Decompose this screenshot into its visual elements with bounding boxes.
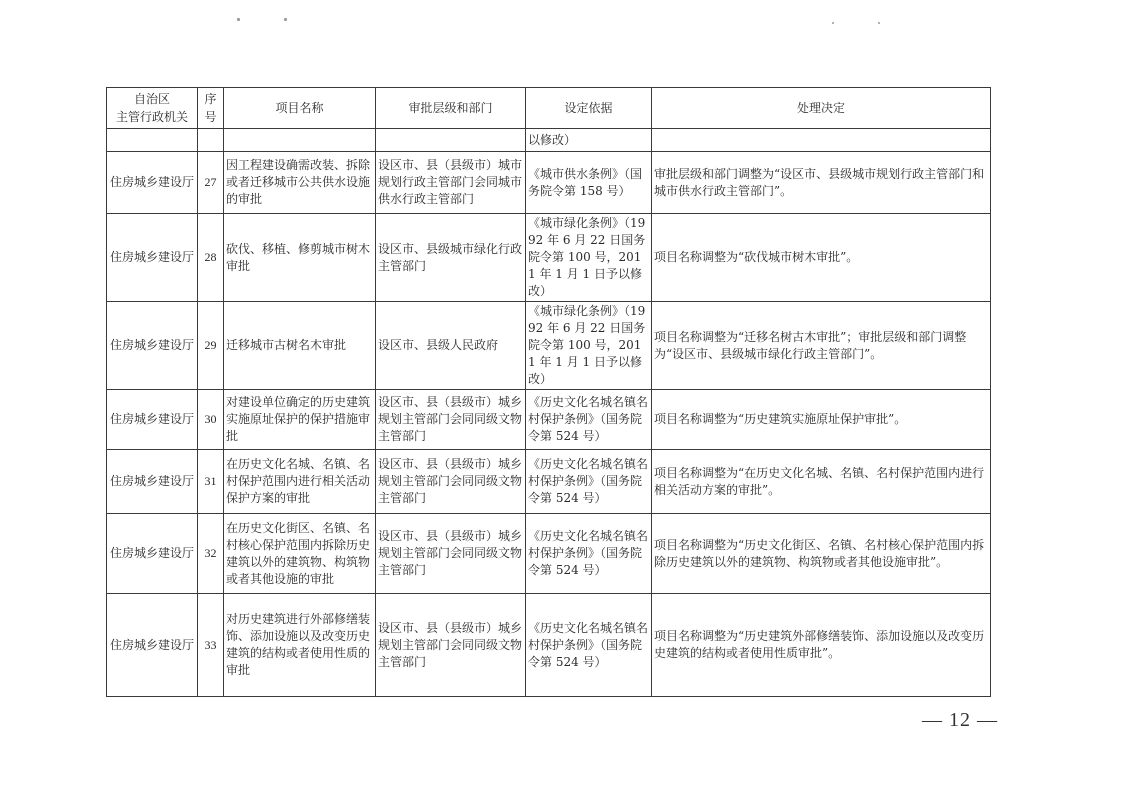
cell-basis: 《城市供水条例》（国务院令第 158 号） xyxy=(526,152,652,214)
cell-dept: 设区市、县（县级市）城乡规划主管部门会同同级文物主管部门 xyxy=(376,594,526,697)
cell-org xyxy=(107,129,198,152)
cell-no: 28 xyxy=(198,214,224,302)
header-no: 序号 xyxy=(198,88,224,129)
cell-dept: 设区市、县级城市绿化行政主管部门 xyxy=(376,214,526,302)
cell-dept: 设区市、县（县级市）城乡规划主管部门会同同级文物主管部门 xyxy=(376,514,526,594)
header-basis: 设定依据 xyxy=(526,88,652,129)
table-row: 住房城乡建设厅 33 对历史建筑进行外部修缮装饰、添加设施以及改变历史建筑的结构… xyxy=(107,594,991,697)
cell-no: 31 xyxy=(198,450,224,514)
scan-speck xyxy=(284,18,287,21)
table-row: 住房城乡建设厅 28 砍伐、移植、修剪城市树木审批 设区市、县级城市绿化行政主管… xyxy=(107,214,991,302)
cell-basis: 《历史文化名城名镇名村保护条例》（国务院令第 524 号） xyxy=(526,514,652,594)
scan-speck xyxy=(237,18,240,21)
cell-basis: 《历史文化名城名镇名村保护条例》（国务院令第 524 号） xyxy=(526,594,652,697)
cell-org: 住房城乡建设厅 xyxy=(107,152,198,214)
table-row: 住房城乡建设厅 29 迁移城市古树名木审批 设区市、县级人民政府 《城市绿化条例… xyxy=(107,302,991,390)
cell-no: 29 xyxy=(198,302,224,390)
header-decision: 处理决定 xyxy=(652,88,991,129)
cell-org: 住房城乡建设厅 xyxy=(107,302,198,390)
cell-basis: 《历史文化名城名镇名村保护条例》（国务院令第 524 号） xyxy=(526,390,652,450)
cell-no: 27 xyxy=(198,152,224,214)
page-number: — 12 — xyxy=(922,709,998,732)
cell-dept: 设区市、县（县级市）城乡规划主管部门会同同级文物主管部门 xyxy=(376,450,526,514)
cell-decision: 项目名称调整为“历史建筑实施原址保护审批”。 xyxy=(652,390,991,450)
cell-name: 砍伐、移植、修剪城市树木审批 xyxy=(224,214,376,302)
header-org: 自治区主管行政机关 xyxy=(107,88,198,129)
cell-no: 32 xyxy=(198,514,224,594)
cell-name: 对历史建筑进行外部修缮装饰、添加设施以及改变历史建筑的结构或者使用性质的审批 xyxy=(224,594,376,697)
header-no-line2: 号 xyxy=(204,110,216,124)
cell-no: 33 xyxy=(198,594,224,697)
header-org-line2: 主管行政机关 xyxy=(116,110,188,124)
cell-name: 迁移城市古树名木审批 xyxy=(224,302,376,390)
cell-name: 对建设单位确定的历史建筑实施原址保护的保护措施审批 xyxy=(224,390,376,450)
approval-items-table: 自治区主管行政机关 序号 项目名称 审批层级和部门 设定依据 处理决定 以修改）… xyxy=(106,87,991,697)
cell-decision: 项目名称调整为“历史建筑外部修缮装饰、添加设施以及改变历史建筑的结构或者使用性质… xyxy=(652,594,991,697)
header-name: 项目名称 xyxy=(224,88,376,129)
header-dept: 审批层级和部门 xyxy=(376,88,526,129)
scan-speck xyxy=(878,22,880,24)
cell-org: 住房城乡建设厅 xyxy=(107,214,198,302)
table-row: 住房城乡建设厅 27 因工程建设确需改装、拆除或者迁移城市公共供水设施的审批 设… xyxy=(107,152,991,214)
table-header-row: 自治区主管行政机关 序号 项目名称 审批层级和部门 设定依据 处理决定 xyxy=(107,88,991,129)
scan-speck xyxy=(832,22,834,24)
cell-name: 在历史文化名城、名镇、名村保护范围内进行相关活动保护方案的审批 xyxy=(224,450,376,514)
cell-dept: 设区市、县级人民政府 xyxy=(376,302,526,390)
cell-basis: 《城市绿化条例》（1992 年 6 月 22 日国务院令第 100 号，2011… xyxy=(526,214,652,302)
cell-org: 住房城乡建设厅 xyxy=(107,594,198,697)
cell-no xyxy=(198,129,224,152)
cell-org: 住房城乡建设厅 xyxy=(107,450,198,514)
table-row: 住房城乡建设厅 32 在历史文化街区、名镇、名村核心保护范围内拆除历史建筑以外的… xyxy=(107,514,991,594)
table-row: 住房城乡建设厅 30 对建设单位确定的历史建筑实施原址保护的保护措施审批 设区市… xyxy=(107,390,991,450)
continuation-row: 以修改） xyxy=(107,129,991,152)
cell-no: 30 xyxy=(198,390,224,450)
cell-dept xyxy=(376,129,526,152)
cell-basis: 以修改） xyxy=(526,129,652,152)
cell-dept: 设区市、县（县级市）城乡规划主管部门会同同级文物主管部门 xyxy=(376,390,526,450)
cell-decision: 项目名称调整为“历史文化街区、名镇、名村核心保护范围内拆除历史建筑以外的建筑物、… xyxy=(652,514,991,594)
cell-name: 在历史文化街区、名镇、名村核心保护范围内拆除历史建筑以外的建筑物、构筑物或者其他… xyxy=(224,514,376,594)
header-no-line1: 序 xyxy=(204,92,216,106)
table-row: 住房城乡建设厅 31 在历史文化名城、名镇、名村保护范围内进行相关活动保护方案的… xyxy=(107,450,991,514)
cell-decision: 项目名称调整为“在历史文化名城、名镇、名村保护范围内进行相关活动方案的审批”。 xyxy=(652,450,991,514)
cell-dept: 设区市、县（县级市）城市规划行政主管部门会同城市供水行政主管部门 xyxy=(376,152,526,214)
cell-org: 住房城乡建设厅 xyxy=(107,514,198,594)
cell-org: 住房城乡建设厅 xyxy=(107,390,198,450)
cell-name: 因工程建设确需改装、拆除或者迁移城市公共供水设施的审批 xyxy=(224,152,376,214)
cell-decision xyxy=(652,129,991,152)
cell-name xyxy=(224,129,376,152)
cell-basis: 《城市绿化条例》（1992 年 6 月 22 日国务院令第 100 号，2011… xyxy=(526,302,652,390)
cell-decision: 审批层级和部门调整为“设区市、县级城市规划行政主管部门和城市供水行政主管部门”。 xyxy=(652,152,991,214)
cell-decision: 项目名称调整为“砍伐城市树木审批”。 xyxy=(652,214,991,302)
header-org-line1: 自治区 xyxy=(134,92,170,106)
cell-decision: 项目名称调整为“迁移名树古木审批”；审批层级和部门调整为“设区市、县级城市绿化行… xyxy=(652,302,991,390)
cell-basis: 《历史文化名城名镇名村保护条例》（国务院令第 524 号） xyxy=(526,450,652,514)
